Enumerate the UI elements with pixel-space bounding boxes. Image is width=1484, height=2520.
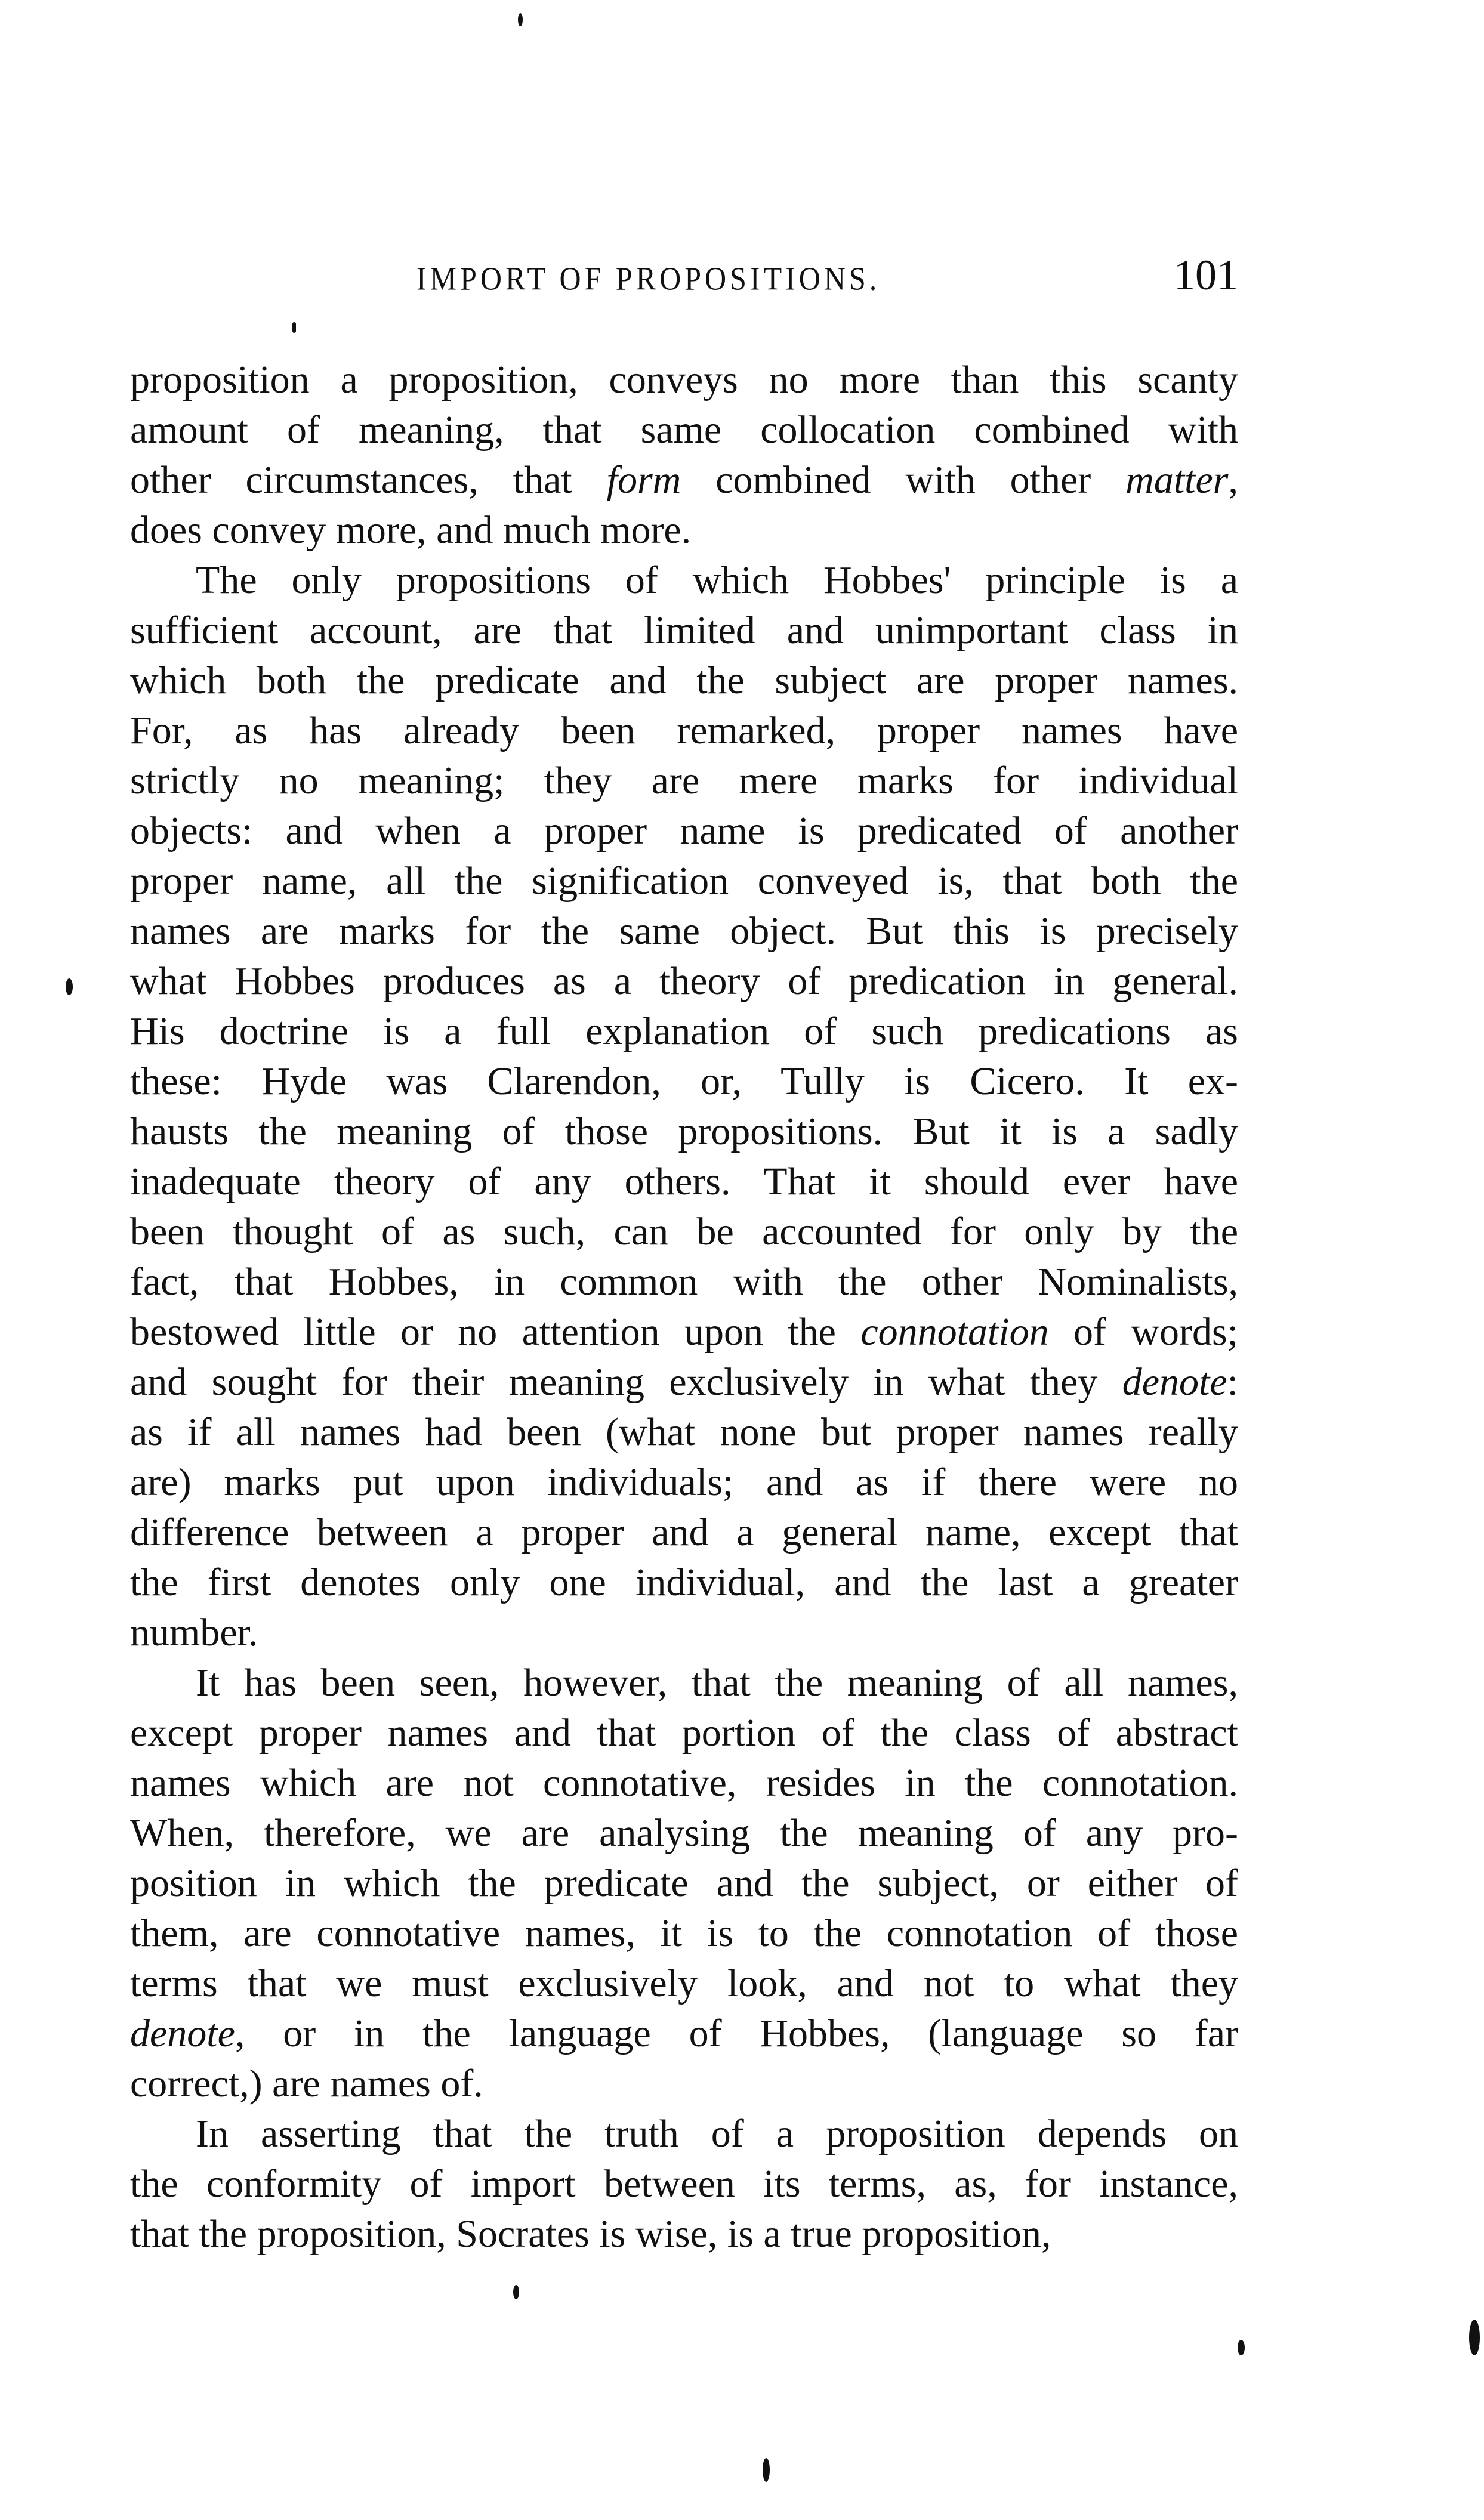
text-line: and sought for their meaning exclusively… — [130, 1357, 1238, 1407]
text-line: the conformity of import between its ter… — [130, 2159, 1238, 2209]
text-line: them, are connotative names, it is to th… — [130, 1908, 1238, 1959]
text-line: inadequate theory of any others. That it… — [130, 1157, 1238, 1207]
text-line: are) marks put upon individuals; and as … — [130, 1457, 1238, 1508]
text-line: sufficient account, are that limited and… — [130, 606, 1238, 656]
italic-term: form — [607, 458, 681, 502]
scan-speck — [513, 2285, 519, 2299]
text-line: proper name, all the signification conve… — [130, 856, 1238, 906]
italic-term: denote — [1122, 1360, 1227, 1404]
scan-speck — [518, 13, 523, 26]
italic-term: matter — [1125, 458, 1228, 502]
body-text: proposition a proposition, conveys no mo… — [130, 355, 1238, 2259]
book-page: IMPORT OF PROPOSITIONS. 101 proposition … — [0, 0, 1484, 2520]
scan-speck — [763, 2458, 770, 2482]
text-line: which both the predicate and the subject… — [130, 656, 1238, 706]
paragraph: proposition a proposition, conveys no mo… — [130, 355, 1238, 555]
text-line: The only propositions of which Hobbes' p… — [130, 555, 1238, 606]
text-line: difference between a proper and a genera… — [130, 1508, 1238, 1558]
scan-speck — [1238, 2340, 1245, 2355]
italic-term: denote — [130, 2012, 235, 2055]
text-line: these: Hyde was Clarendon, or, Tully is … — [130, 1057, 1238, 1107]
text-line: position in which the predicate and the … — [130, 1858, 1238, 1908]
text-line: fact, that Hobbes, in common with the ot… — [130, 1257, 1238, 1307]
text-line: number. — [130, 1608, 1238, 1658]
text-line: bestowed little or no attention upon the… — [130, 1307, 1238, 1357]
running-title: IMPORT OF PROPOSITIONS. — [416, 260, 880, 298]
text-line: objects: and when a proper name is predi… — [130, 806, 1238, 856]
text-line: terms that we must exclusively look, and… — [130, 1959, 1238, 2009]
paragraph: The only propositions of which Hobbes' p… — [130, 555, 1238, 1658]
text-line: It has been seen, however, that the mean… — [130, 1658, 1238, 1708]
text-line: the first denotes only one individual, a… — [130, 1558, 1238, 1608]
italic-term: connotation — [860, 1310, 1048, 1354]
text-line: that the proposition, Socrates is wise, … — [130, 2209, 1238, 2259]
text-line: hausts the meaning of those propositions… — [130, 1107, 1238, 1157]
text-line: proposition a proposition, conveys no mo… — [130, 355, 1238, 405]
paragraph: It has been seen, however, that the mean… — [130, 1658, 1238, 2109]
text-line: except proper names and that portion of … — [130, 1708, 1238, 1758]
text-line: does convey more, and much more. — [130, 505, 1238, 555]
page-number: 101 — [1174, 251, 1238, 300]
paragraph: In asserting that the truth of a proposi… — [130, 2109, 1238, 2259]
text-line: names are marks for the same object. But… — [130, 906, 1238, 956]
text-line: correct,) are names of. — [130, 2059, 1238, 2109]
scan-speck — [292, 322, 296, 333]
text-line: names which are not connotative, resides… — [130, 1758, 1238, 1808]
text-line: denote, or in the language of Hobbes, (l… — [130, 2009, 1238, 2059]
text-line: For, as has already been remarked, prope… — [130, 706, 1238, 756]
text-line: In asserting that the truth of a proposi… — [130, 2109, 1238, 2159]
scan-speck — [66, 978, 73, 995]
text-line: When, therefore, we are analysing the me… — [130, 1808, 1238, 1858]
text-line: as if all names had been (what none but … — [130, 1407, 1238, 1457]
text-line: been thought of as such, can be accounte… — [130, 1207, 1238, 1257]
text-line: His doctrine is a full explanation of su… — [130, 1006, 1238, 1057]
text-line: what Hobbes produces as a theory of pred… — [130, 956, 1238, 1006]
text-line: other circumstances, that form combined … — [130, 455, 1238, 505]
text-line: amount of meaning, that same collocation… — [130, 405, 1238, 455]
scan-speck — [1469, 2320, 1480, 2355]
running-head: IMPORT OF PROPOSITIONS. 101 — [130, 251, 1238, 304]
text-line: strictly no meaning; they are mere marks… — [130, 756, 1238, 806]
